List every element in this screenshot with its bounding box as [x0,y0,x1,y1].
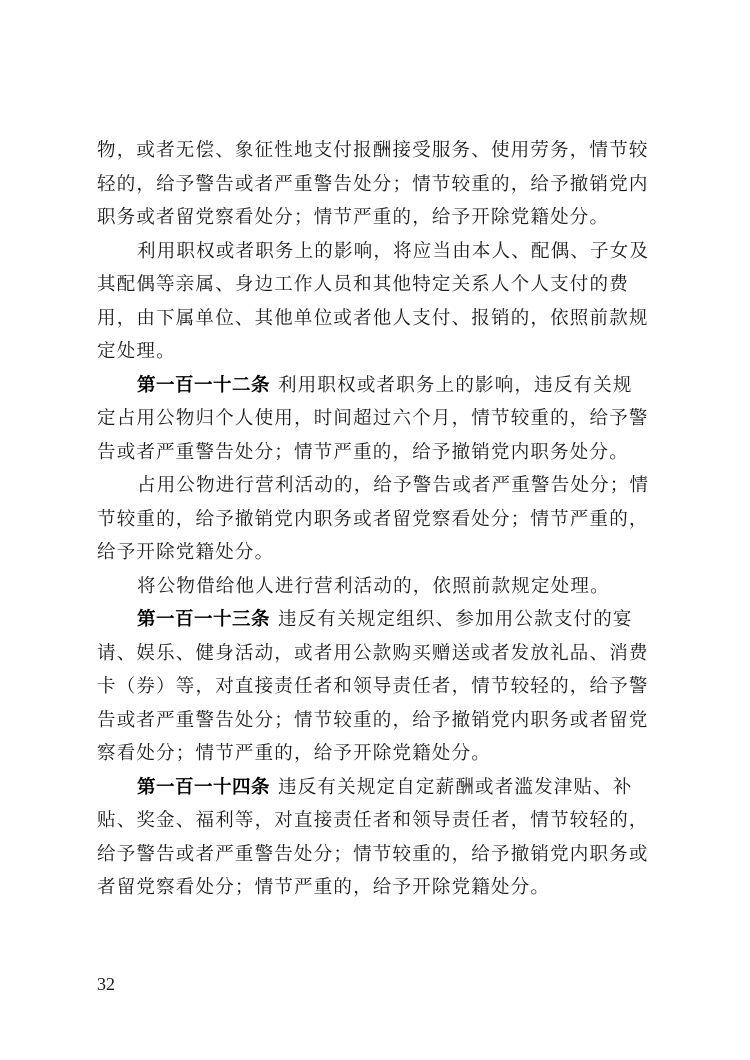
text-line: 轻的，给予警告或者严重警告处分；情节较重的，给予撤销党内 [97,168,653,202]
document-page: 物，或者无偿、象征性地支付报酬接受服务、使用劳务，情节较 轻的，给予警告或者严重… [0,0,750,1060]
text-line: 其配偶等亲属、身边工作人员和其他特定关系人个人支付的费 [97,268,653,302]
line-text: 者留党察看处分；情节严重的，给予开除党籍处分。 [97,877,550,898]
line-text: 将公物借给他人进行营利活动的，依照前款规定处理。 [137,576,610,597]
text-line: 给予开除党籍处分。 [97,536,653,570]
document-body: 物，或者无偿、象征性地支付报酬接受服务、使用劳务，情节较 轻的，给予警告或者严重… [97,134,653,905]
text-line: 定处理。 [97,335,653,369]
article-number-114: 第一百一十四条 [137,777,270,798]
line-text: 定处理。 [97,341,176,362]
paragraph-first-line: 利用职权或者职务上的影响，将应当由本人、配偶、子女及 [97,235,653,269]
text-line: 贴、奖金、福利等，对直接责任者和领导责任者，情节较轻的， [97,804,653,838]
text-line: 节较重的，给予撤销党内职务或者留党察看处分；情节严重的， [97,503,653,537]
paragraph-first-line: 占用公物进行营利活动的，给予警告或者严重警告处分；情 [97,469,653,503]
page-number: 32 [97,974,115,995]
text-line: 给予警告或者严重警告处分；情节较重的，给予撤销党内职务或 [97,838,653,872]
line-text: 用，由下属单位、其他单位或者他人支付、报销的，依照前款规 [97,308,649,329]
line-text: 违反有关规定自定薪酬或者滥发津贴、补 [278,777,633,798]
line-text: 定占用公物归个人使用，时间超过六个月，情节较重的，给予警 [97,408,649,429]
line-text: 给予开除党籍处分。 [97,542,274,563]
line-text: 违反有关规定组织、参加用公款支付的宴 [278,609,633,630]
line-text: 节较重的，给予撤销党内职务或者留党察看处分；情节严重的， [97,509,649,530]
text-line: 用，由下属单位、其他单位或者他人支付、报销的，依照前款规 [97,302,653,336]
article-number-112: 第一百一十二条 [137,375,270,396]
line-text: 占用公物进行营利活动的，给予警告或者严重警告处分；情 [137,475,649,496]
text-line: 告或者严重警告处分；情节较重的，给予撤销党内职务或者留党 [97,704,653,738]
line-text: 卡（券）等，对直接责任者和领导责任者，情节较轻的，给予警 [97,676,649,697]
line-text: 告或者严重警告处分；情节较重的，给予撤销党内职务或者留党 [97,710,649,731]
article-113-first-line: 第一百一十三条违反有关规定组织、参加用公款支付的宴 [97,603,653,637]
paragraph-first-line: 将公物借给他人进行营利活动的，依照前款规定处理。 [97,570,653,604]
line-text: 轻的，给予警告或者严重警告处分；情节较重的，给予撤销党内 [97,174,649,195]
line-text: 贴、奖金、福利等，对直接责任者和领导责任者，情节较轻的， [97,810,649,831]
text-line: 者留党察看处分；情节严重的，给予开除党籍处分。 [97,871,653,905]
text-line: 卡（券）等，对直接责任者和领导责任者，情节较轻的，给予警 [97,670,653,704]
text-line: 职务或者留党察看处分；情节严重的，给予开除党籍处分。 [97,201,653,235]
line-text: 其配偶等亲属、身边工作人员和其他特定关系人个人支付的费 [97,274,629,295]
line-text: 给予警告或者严重警告处分；情节较重的，给予撤销党内职务或 [97,844,649,865]
line-text: 请、娱乐、健身活动，或者用公款购买赠送或者发放礼品、消费 [97,643,649,664]
line-text: 告或者严重警告处分；情节严重的，给予撤销党内职务处分。 [97,442,629,463]
article-number-113: 第一百一十三条 [137,609,270,630]
text-line: 请、娱乐、健身活动，或者用公款购买赠送或者发放礼品、消费 [97,637,653,671]
text-line: 察看处分；情节严重的，给予开除党籍处分。 [97,737,653,771]
text-line: 定占用公物归个人使用，时间超过六个月，情节较重的，给予警 [97,402,653,436]
line-text: 利用职权或者职务上的影响，将应当由本人、配偶、子女及 [137,241,649,262]
article-114-first-line: 第一百一十四条违反有关规定自定薪酬或者滥发津贴、补 [97,771,653,805]
line-text: 利用职权或者职务上的影响，违反有关规 [278,375,633,396]
line-text: 职务或者留党察看处分；情节严重的，给予开除党籍处分。 [97,207,609,228]
text-line: 告或者严重警告处分；情节严重的，给予撤销党内职务处分。 [97,436,653,470]
article-112-first-line: 第一百一十二条利用职权或者职务上的影响，违反有关规 [97,369,653,403]
line-text: 察看处分；情节严重的，给予开除党籍处分。 [97,743,491,764]
text-line: 物，或者无偿、象征性地支付报酬接受服务、使用劳务，情节较 [97,134,653,168]
line-text: 物，或者无偿、象征性地支付报酬接受服务、使用劳务，情节较 [97,140,649,161]
